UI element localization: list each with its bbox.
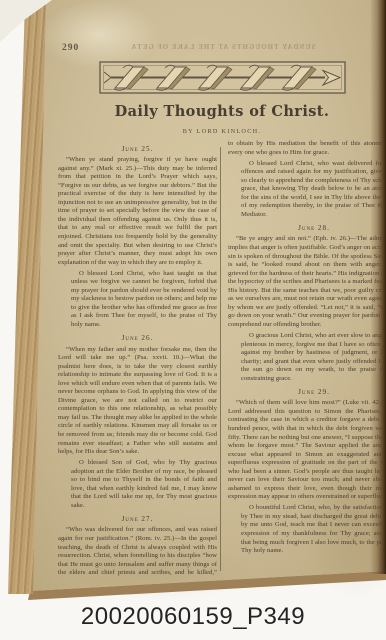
binding-gutter-shadow (370, 0, 386, 574)
body-paragraph: “When ye stand praying, forgive if ye ha… (58, 156, 217, 267)
body-paragraph: “Which of them will love him most?” (Luk… (228, 399, 386, 502)
page-number: 290 (62, 43, 79, 53)
prayer-paragraph: O blessed Lord Christ, who wast delivere… (241, 160, 386, 220)
prayer-paragraph: O gracious Lord Christ, who art ever slo… (241, 332, 386, 383)
scanned-book-photo: 290 SUNDAY THOUGHTS AT THE LAKE OF GETA (0, 0, 386, 640)
bleedthrough-running-head: SUNDAY THOUGHTS AT THE LAKE OF GETA (95, 44, 351, 51)
date-heading: June 27. (58, 515, 217, 524)
body-paragraph: “When my father and my mother forsake me… (58, 346, 217, 457)
body-paragraph: “Who was delivered for our offences, and… (58, 526, 217, 576)
ribbon-arrow-ornament-icon (99, 61, 346, 94)
body-paragraph: “Be ye angry and sin not.” (Eph. iv. 26.… (228, 235, 386, 329)
date-heading: June 26. (58, 334, 217, 343)
date-heading: June 28. (228, 224, 386, 233)
body-paragraph: to obtain by His mediation the benefit o… (228, 140, 386, 157)
date-heading: June 29. (228, 388, 386, 397)
prayer-paragraph: O blessed Lord Christ, who hast taught u… (71, 270, 217, 330)
date-heading: June 25. (58, 145, 217, 154)
page-title: Daily Thoughts of Christ. (58, 103, 386, 120)
prayer-paragraph: O blessed Son of God, who by Thy graciou… (71, 459, 217, 510)
left-text-column: June 25.“When ye stand praying, forgive … (58, 140, 217, 576)
right-text-column: to obtain by His mediation the benefit o… (228, 140, 386, 576)
prayer-paragraph: O bountiful Lord Christ, who, by the sat… (241, 504, 386, 555)
archive-id-label: 20020060159_P349 (0, 603, 386, 631)
column-divider-rule (220, 147, 221, 571)
author-byline: BY LORD KINLOCH. (58, 128, 386, 135)
